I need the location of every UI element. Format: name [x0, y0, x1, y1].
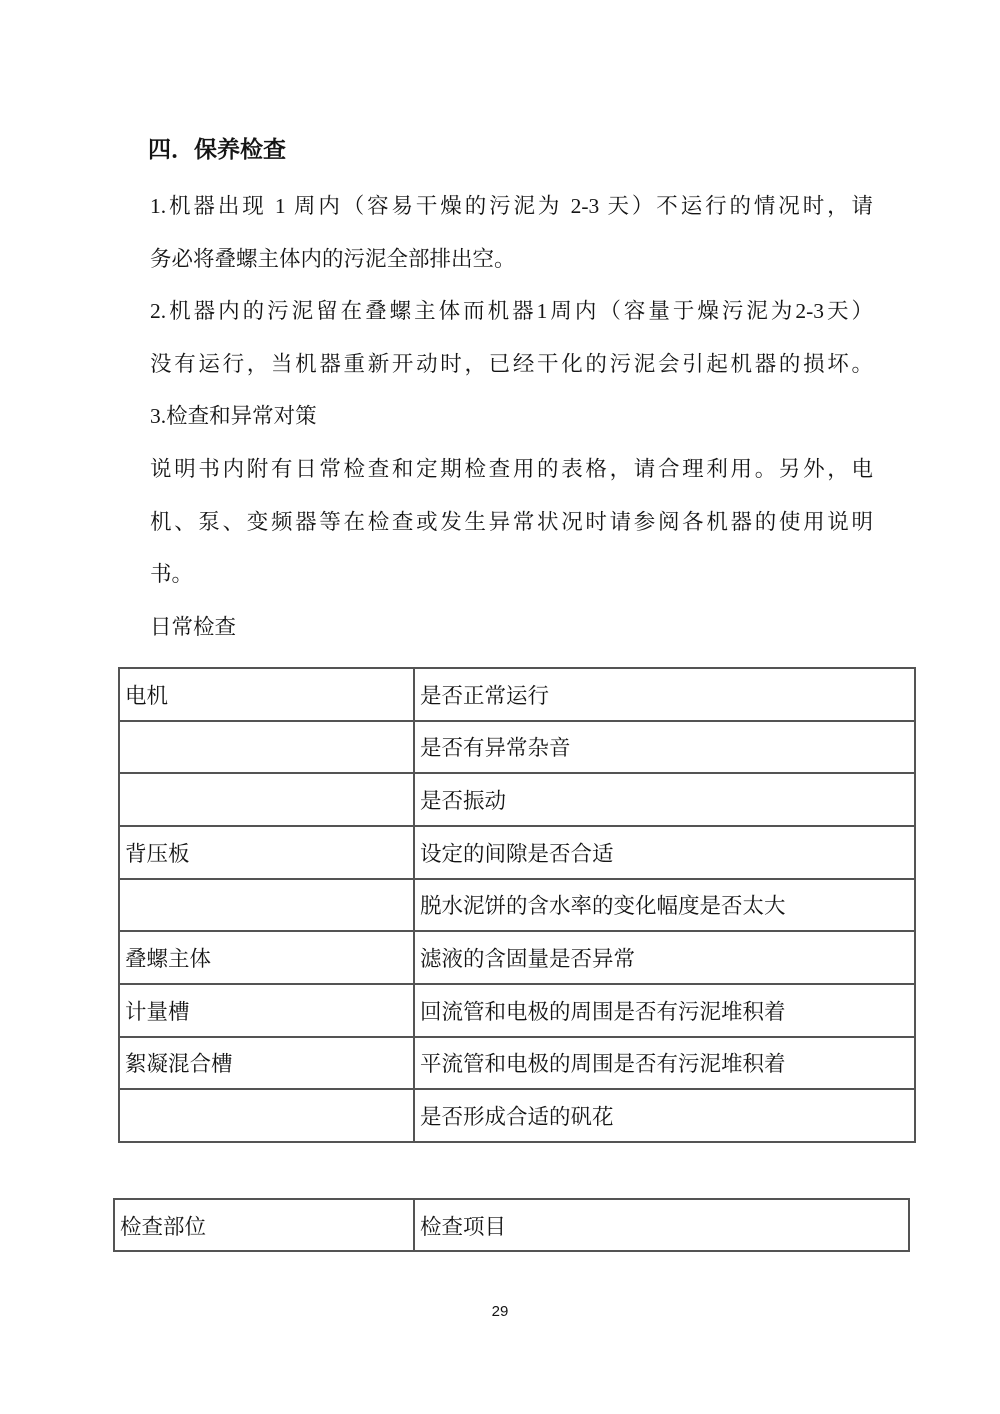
paragraph-line: 书。 [150, 548, 873, 601]
table-row: 是否振动 [119, 773, 915, 826]
table-row: 絮凝混合槽平流管和电极的周围是否有污泥堆积着 [119, 1037, 915, 1090]
check-part-cell [119, 773, 414, 826]
check-part-cell: 电机 [119, 668, 414, 721]
check-part-cell [119, 1089, 414, 1142]
page-number: 29 [0, 1303, 1000, 1320]
paragraph-line: 1.机器出现 1 周内（容易干燥的污泥为 2-3 天）不运行的情况时，请 [150, 180, 873, 233]
table-row: 叠螺主体滤液的含固量是否异常 [119, 931, 915, 984]
paragraph-line: 务必将叠螺主体内的污泥全部排出空。 [150, 233, 873, 286]
check-item-cell: 回流管和电极的周围是否有污泥堆积着 [414, 984, 915, 1037]
table-row: 是否有异常杂音 [119, 721, 915, 774]
paragraph-line: 说明书内附有日常检查和定期检查用的表格，请合理利用。另外，电 [150, 443, 873, 496]
daily-check-table: 电机是否正常运行是否有异常杂音是否振动背压板设定的间隙是否合适脱水泥饼的含水率的… [118, 667, 916, 1143]
check-item-cell: 是否形成合适的矾花 [414, 1089, 915, 1142]
table-row: 计量槽回流管和电极的周围是否有污泥堆积着 [119, 984, 915, 1037]
section-heading: 四．保养检查 [148, 131, 286, 164]
check-item-cell: 滤液的含固量是否异常 [414, 931, 915, 984]
paragraph-line: 机、泵、变频器等在检查或发生异常状况时请参阅各机器的使用说明 [150, 496, 873, 549]
table-row: 电机是否正常运行 [119, 668, 915, 721]
table-row: 脱水泥饼的含水率的变化幅度是否太大 [119, 879, 915, 932]
table-row: 背压板设定的间隙是否合适 [119, 826, 915, 879]
check-item-cell: 脱水泥饼的含水率的变化幅度是否太大 [414, 879, 915, 932]
daily-check-table-body: 电机是否正常运行是否有异常杂音是否振动背压板设定的间隙是否合适脱水泥饼的含水率的… [119, 668, 915, 1142]
paragraph-line: 日常检查 [150, 601, 873, 654]
check-item-cell: 是否有异常杂音 [414, 721, 915, 774]
check-item-header-cell: 检查项目 [414, 1199, 909, 1251]
check-part-cell: 计量槽 [119, 984, 414, 1037]
paragraph-line: 3.检查和异常对策 [150, 390, 873, 443]
check-item-cell: 是否振动 [414, 773, 915, 826]
check-part-cell: 絮凝混合槽 [119, 1037, 414, 1090]
body-text: 1.机器出现 1 周内（容易干燥的污泥为 2-3 天）不运行的情况时，请 务必将… [150, 180, 873, 653]
inspection-header-table: 检查部位 检查项目 [113, 1198, 910, 1252]
check-part-cell [119, 721, 414, 774]
check-item-cell: 平流管和电极的周围是否有污泥堆积着 [414, 1037, 915, 1090]
check-part-header-cell: 检查部位 [114, 1199, 414, 1251]
check-part-cell: 叠螺主体 [119, 931, 414, 984]
check-part-cell: 背压板 [119, 826, 414, 879]
check-item-cell: 是否正常运行 [414, 668, 915, 721]
table-row: 检查部位 检查项目 [114, 1199, 909, 1251]
table-row: 是否形成合适的矾花 [119, 1089, 915, 1142]
paragraph-line: 没有运行，当机器重新开动时，已经干化的污泥会引起机器的损坏。 [150, 338, 873, 391]
document-page: 四．保养检查 1.机器出现 1 周内（容易干燥的污泥为 2-3 天）不运行的情况… [0, 0, 1000, 1414]
check-item-cell: 设定的间隙是否合适 [414, 826, 915, 879]
paragraph-line: 2.机器内的污泥留在叠螺主体而机器1周内（容量于燥污泥为2-3天） [150, 285, 873, 338]
check-part-cell [119, 879, 414, 932]
